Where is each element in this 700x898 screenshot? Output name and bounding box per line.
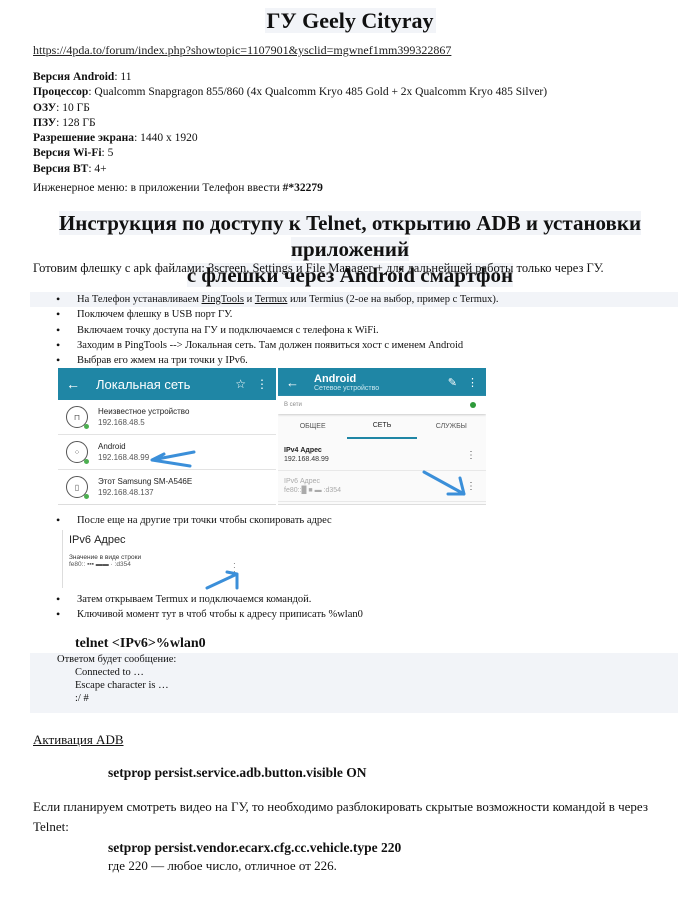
device-row: ⊓ Неизвестное устройство192.168.48.5 — [58, 400, 276, 435]
status-row: В сети — [278, 396, 486, 414]
step-item: Включаем точку доступа на ГУ и подключае… — [30, 323, 678, 338]
step-item: Заходим в PingTools --> Локальная сеть. … — [30, 338, 678, 353]
spec-resolution: Разрешение экрана: 1440 x 1920 — [33, 131, 547, 146]
step-item: После еще на другие три точки чтобы скоп… — [30, 513, 678, 528]
arrow-annotation-icon — [150, 448, 200, 468]
steps-list: После еще на другие три точки чтобы скоп… — [30, 513, 678, 528]
response-line: :/ # — [30, 692, 678, 705]
ipv6-value: fe80:: ▪▪▪ ▬▬ · :d354 — [69, 561, 259, 568]
video-note: где 220 — любое число, отличное от 226. — [108, 858, 337, 874]
arrow-annotation-icon — [205, 568, 245, 590]
response-line: Connected to … — [30, 666, 678, 679]
app-bar: ← Android Сетевое устройство ✎ ⋮ — [278, 368, 486, 396]
steps-list: Затем открываем Termux и подключаемся ко… — [30, 592, 678, 623]
termux-link[interactable]: Termux — [255, 294, 288, 305]
response-block: Ответом будет сообщение: Connected to … … — [30, 653, 678, 713]
spec-processor: Процессор: Qualcomm Snapgragon 855/860 (… — [33, 85, 547, 100]
more-vert-icon: ⋮ — [467, 376, 478, 389]
source-link[interactable]: https://4pda.to/forum/index.php?showtopi… — [33, 43, 451, 58]
app-bar-title: Локальная сеть — [96, 377, 225, 392]
app-bar-subtitle: Сетевое устройство — [314, 385, 438, 392]
pingtools-link[interactable]: PingTools — [202, 294, 244, 305]
more-vert-icon: ⋮ — [256, 377, 268, 391]
specs-list: Версия Android: 11 Процессор: Qualcomm S… — [33, 70, 547, 177]
tab-services: СЛУЖБЫ — [417, 414, 486, 440]
telnet-command: telnet <IPv6>%wlan0 — [75, 636, 206, 652]
video-command: setprop persist.vendor.ecarx.cfg.cc.vehi… — [108, 840, 401, 856]
step-item: Затем открываем Termux и подключаемся ко… — [30, 592, 678, 607]
spec-rom: ПЗУ: 128 ГБ — [33, 116, 547, 131]
star-icon: ☆ — [235, 377, 246, 391]
status-dot-icon — [470, 402, 476, 408]
instruction-heading: Инструкция по доступу к Telnet, открытию… — [0, 210, 700, 288]
prep-text: Готовим флешку с apk файлами: 3screen, S… — [33, 261, 604, 276]
network-device-icon: ⁘ — [66, 441, 88, 463]
spec-ram: ОЗУ: 10 ГБ — [33, 101, 547, 116]
step-item: Ключивой момент тут в чтоб чтобы к адрес… — [30, 607, 678, 622]
more-vert-icon: ⋮ — [466, 450, 476, 461]
spec-android: Версия Android: 11 — [33, 70, 547, 85]
step-item: Выбрав его жмем на три точки у IPv6. — [30, 353, 678, 368]
app-bar-title: Android — [314, 373, 438, 385]
app-bar: ← Локальная сеть ☆ ⋮ — [58, 368, 276, 400]
spec-wifi: Версия Wi-Fi: 5 — [33, 146, 547, 161]
response-line: Escape character is … — [30, 679, 678, 692]
arrow-annotation-icon — [420, 468, 470, 498]
value-label: Значение в виде строки — [69, 554, 259, 561]
step-item: На Телефон устанавливаем PingTools и Ter… — [30, 292, 678, 307]
adb-heading: Активация ADB — [33, 732, 124, 748]
phone-icon: ▯ — [66, 476, 88, 498]
document-title: ГУ Geely Cityray — [0, 8, 700, 34]
step-item: Поключем флешку в USB порт ГУ. — [30, 307, 678, 322]
arrow-left-icon: ← — [286, 375, 314, 390]
ipv4-row: IPv4 Адрес192.168.48.99 ⋮ — [278, 440, 486, 471]
tab-network: СЕТЬ — [347, 415, 416, 439]
adb-command: setprop persist.service.adb.button.visib… — [108, 765, 367, 781]
response-intro: Ответом будет сообщение: — [30, 653, 678, 666]
edit-icon: ✎ — [448, 376, 457, 389]
tab-bar: ОБЩЕЕ СЕТЬ СЛУЖБЫ — [278, 414, 486, 440]
dialog-title: IPv6 Адрес — [69, 534, 259, 546]
engineering-menu-note: Инженерное меню: в приложении Телефон вв… — [33, 182, 323, 194]
steps-list: На Телефон устанавливаем PingTools и Ter… — [30, 292, 678, 368]
screenshot-local-network: ← Локальная сеть ☆ ⋮ ⊓ Неизвестное устро… — [58, 368, 276, 505]
device-row: ▯ Этот Samsung SM-A546E192.168.48.137 — [58, 470, 276, 505]
spec-bt: Версия BT: 4+ — [33, 162, 547, 177]
tab-general: ОБЩЕЕ — [278, 414, 347, 440]
router-icon: ⊓ — [66, 406, 88, 428]
arrow-left-icon: ← — [66, 376, 96, 392]
video-unlock-text: Если планируем смотреть видео на ГУ, то … — [33, 797, 683, 837]
